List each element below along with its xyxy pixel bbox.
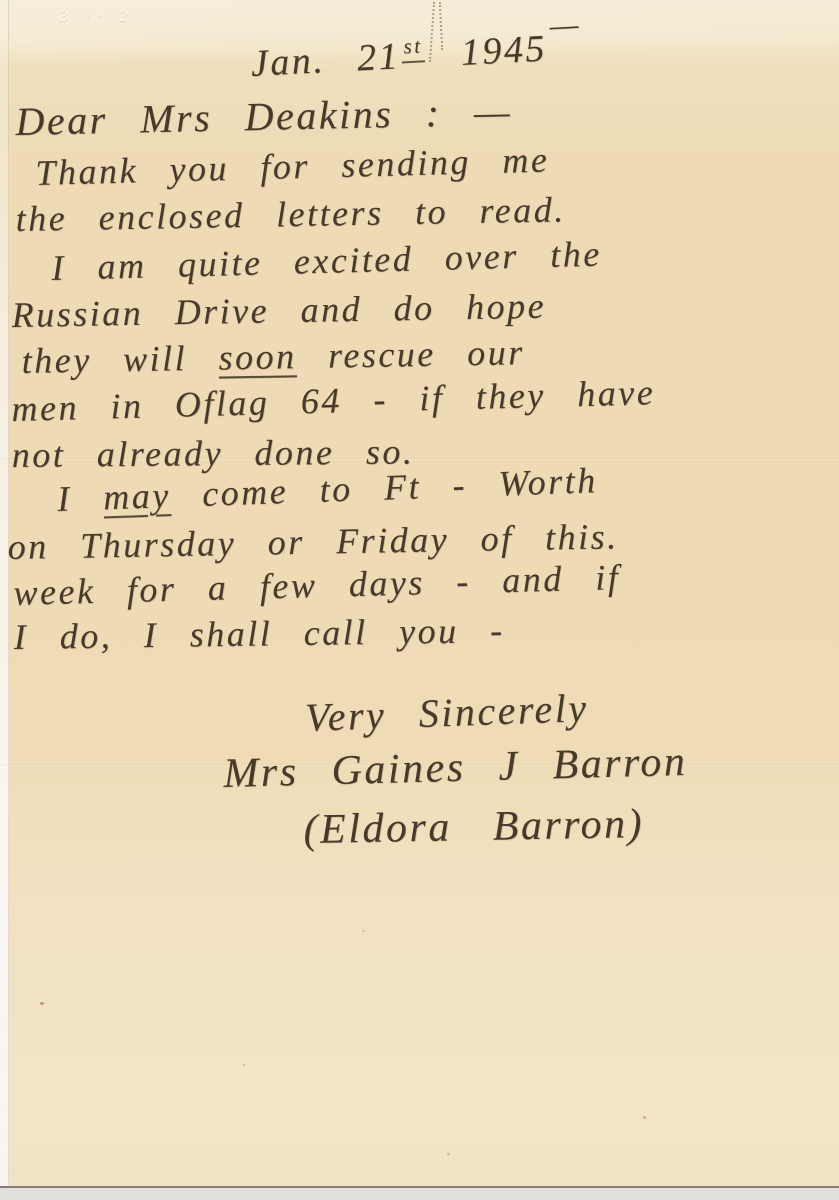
scan-left-edge: [0, 0, 9, 1200]
salutation: Dear Mrs Deakins : —: [15, 88, 513, 145]
underlined-word: may: [103, 475, 172, 517]
closing: Very Sincerely: [304, 684, 589, 741]
body-line: I do, I shall call you -: [13, 609, 504, 658]
embossed-corner-mark: 3 ·· 2: [60, 8, 134, 26]
signature-name: Mrs Gaines J Barron: [223, 738, 688, 798]
letter-scan: 3 ·· 2 Jan. 21st1945— Dear Mrs Deakins :…: [0, 0, 839, 1200]
body-line: Russian Drive and do hope: [11, 285, 546, 336]
body-line: Thank you for sending me: [35, 139, 550, 194]
paper-speck: [447, 1153, 450, 1155]
paper-speck: [362, 930, 365, 932]
body-line-segment: I: [57, 477, 104, 519]
body-line-segment: they will: [21, 338, 219, 381]
paper-speck: [40, 1002, 44, 1005]
date-ordinal-superscript: st: [401, 33, 425, 63]
scan-bottom-edge: [0, 1186, 839, 1200]
underlined-word: soon: [218, 336, 297, 377]
body-line-segment: rescue our: [296, 332, 525, 376]
signature-alt-name: (Eldora Barron): [303, 800, 644, 854]
body-line: I am quite excited over the: [51, 233, 602, 289]
paper-speck: [243, 1064, 245, 1066]
date-year: 1945: [460, 28, 548, 74]
body-line: the enclosed letters to read.: [15, 188, 566, 240]
date-month-day: Jan. 21: [250, 35, 401, 85]
body-line: they will soon rescue our: [21, 331, 525, 382]
paper-speck: [643, 1116, 646, 1119]
pen-flourish: —: [549, 6, 582, 45]
